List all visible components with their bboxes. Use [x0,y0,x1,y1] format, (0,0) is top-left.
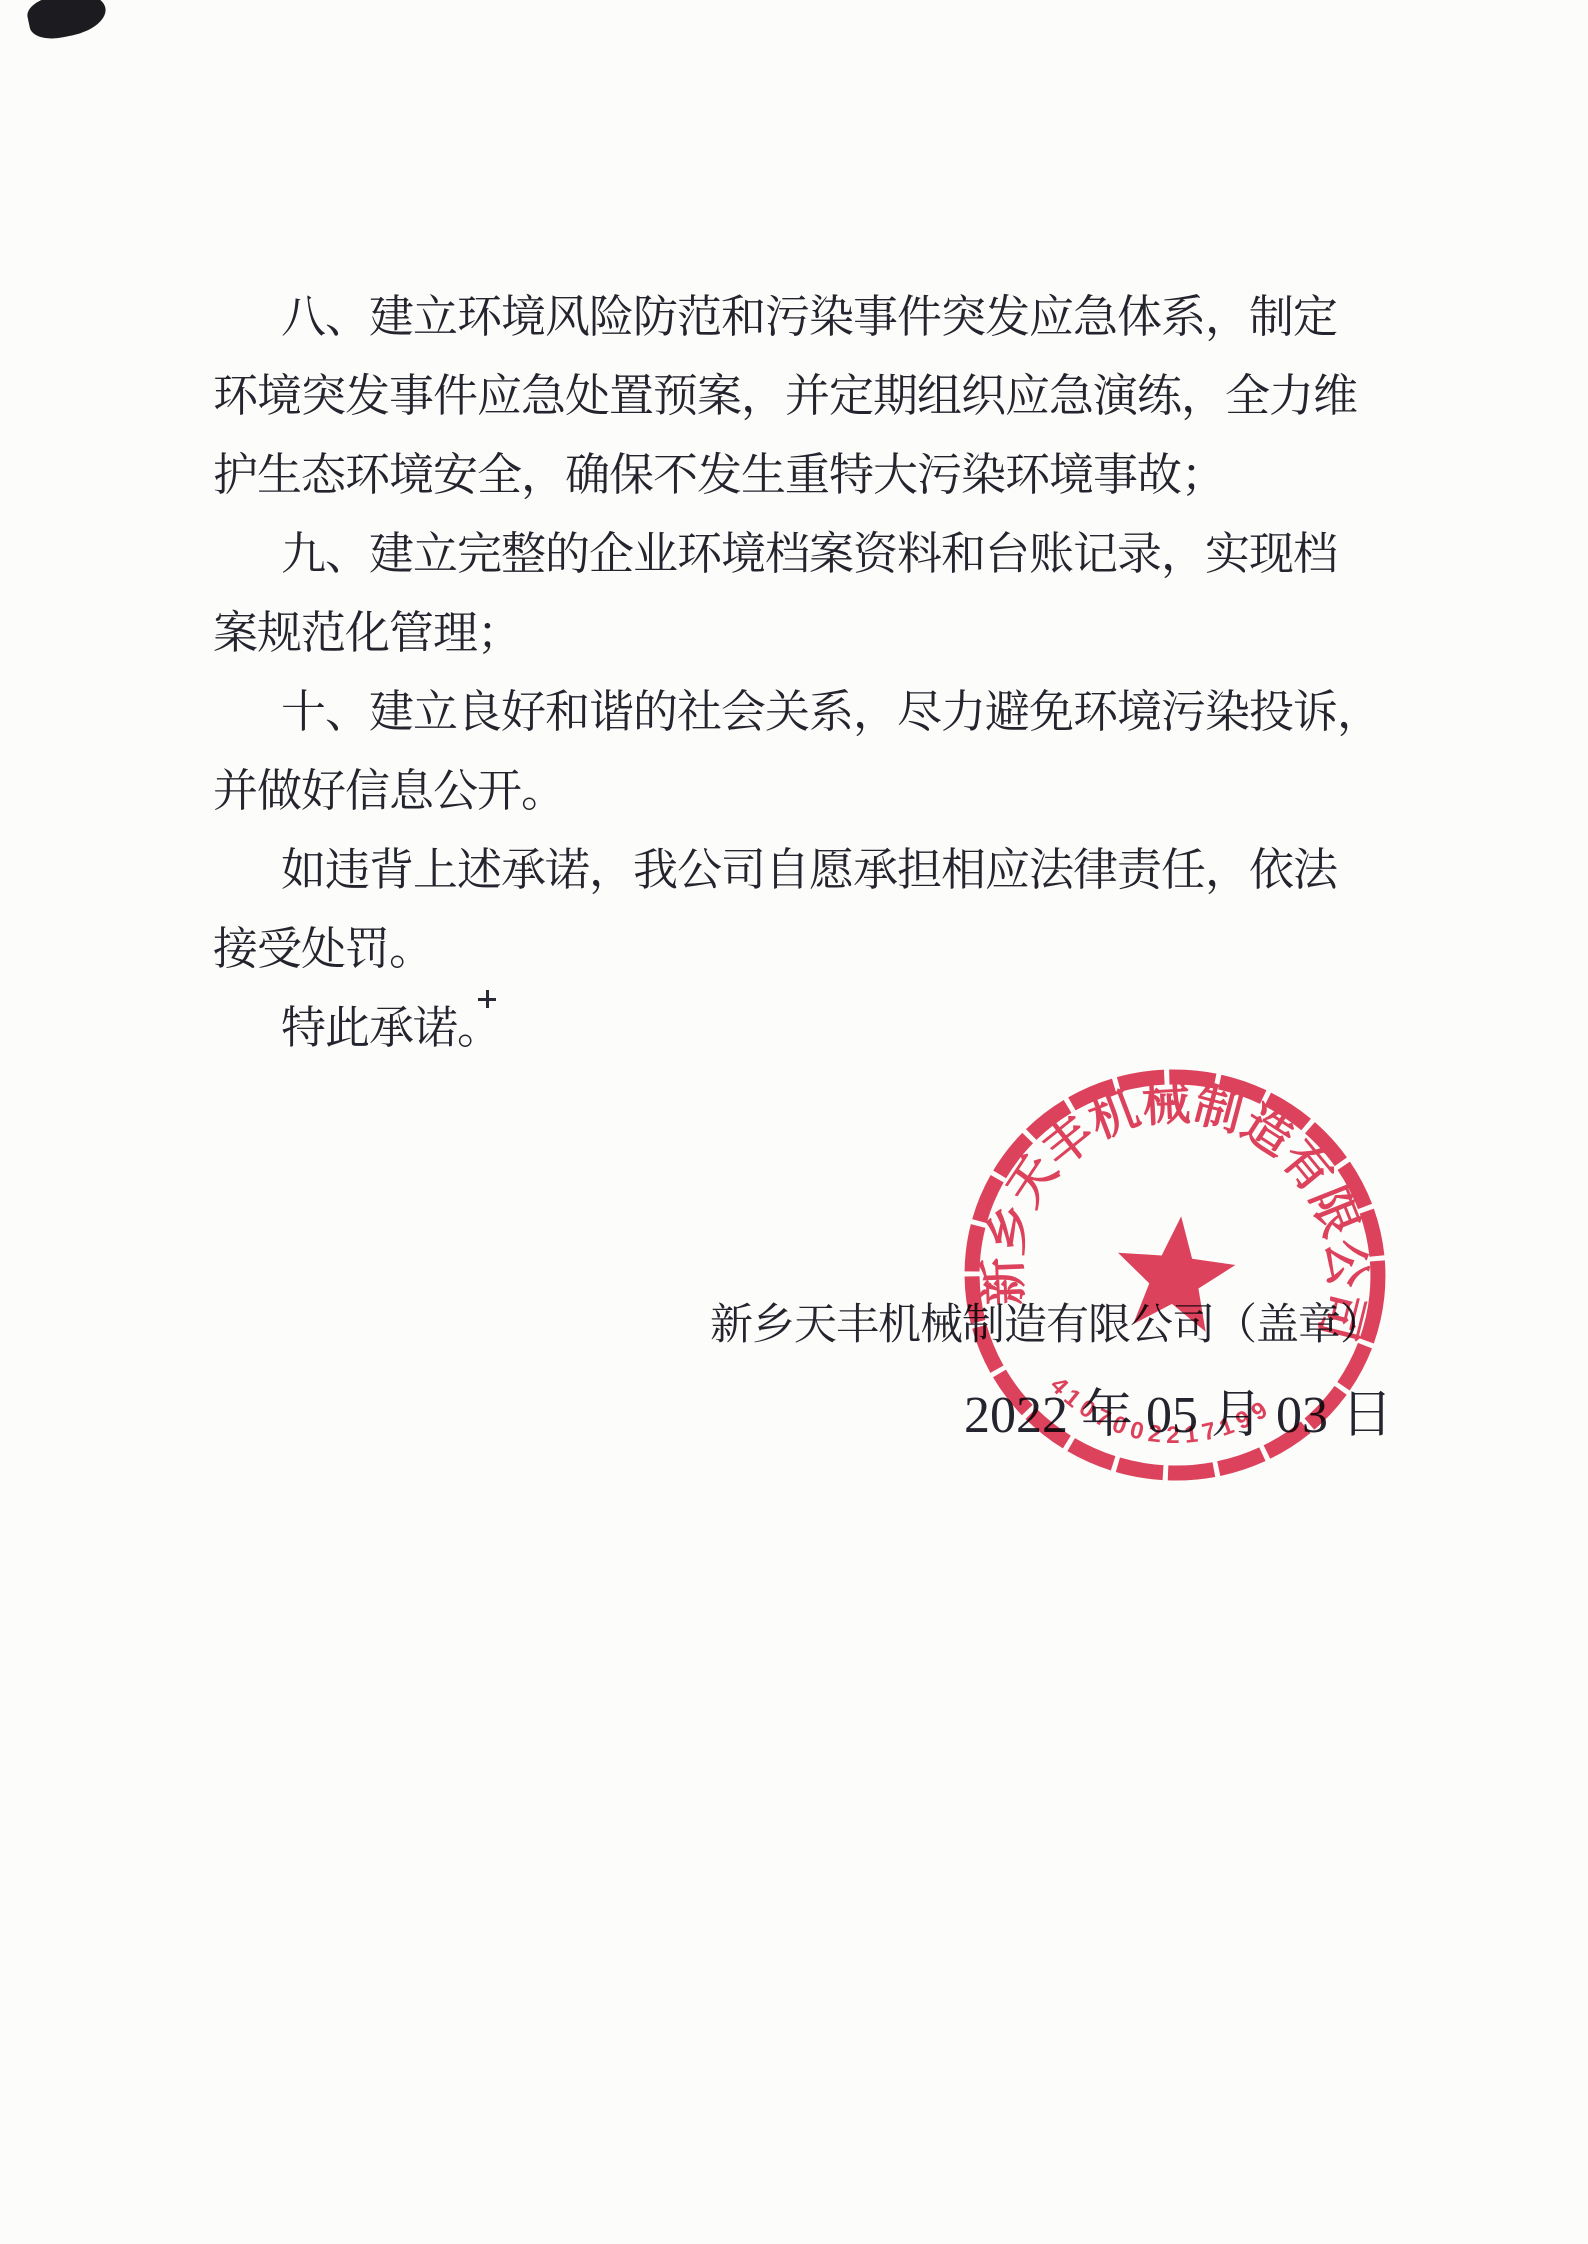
company-seal: 新乡天丰机械制造有限公司 4107002217199 [950,1060,1400,1490]
document-body: 八、建立环境风险防范和污染事件突发应急体系，制定 环境突发事件应急处置预案，并定… [213,277,1373,1067]
star-icon [1111,1210,1240,1334]
text-line: 九、建立完整的企业环境档案资料和台账记录，实现档 [213,514,1373,593]
text-line: 如违背上述承诺，我公司自愿承担相应法律责任，依法 [213,830,1373,909]
text-line: 十、建立良好和谐的社会关系，尽力避免环境污染投诉， [213,672,1373,751]
scan-artifact-smudge [24,0,109,44]
text-line: 接受处罚。 [213,909,1373,988]
scan-artifact-cross [478,990,496,1008]
text-line: 八、建立环境风险防范和污染事件突发应急体系，制定 [213,277,1373,356]
text-line: 护生态环境安全，确保不发生重特大污染环境事故； [213,435,1373,514]
text-line: 并做好信息公开。 [213,751,1373,830]
text-line: 环境突发事件应急处置预案，并定期组织应急演练，全力维 [213,356,1373,435]
document-page: 八、建立环境风险防范和污染事件突发应急体系，制定 环境突发事件应急处置预案，并定… [0,0,1588,2244]
text-line: 案规范化管理； [213,593,1373,672]
text-line: 特此承诺。 [213,988,1373,1067]
